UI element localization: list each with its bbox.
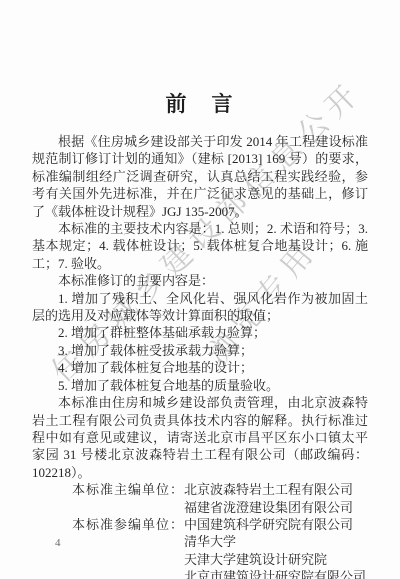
org-name: 北京市建筑设计研究院有限公司 [184, 568, 368, 579]
paragraph-main-contents: 本标准的主要技术内容是：1. 总则；2. 术语和符号；3. 基本规定；4. 载体… [32, 220, 368, 272]
org-name: 天津大学建筑设计研究院 [184, 551, 368, 568]
org-name: 北京波森特岩土工程有限公司 [184, 481, 368, 498]
revision-item: 3. 增加了载体桩受拔承载力验算； [32, 342, 368, 359]
page-number: 4 [55, 537, 61, 549]
chief-editor-orgs: 北京波森特岩土工程有限公司 福建省泷澄建设集团有限公司 [184, 481, 368, 516]
participating-editor-label: 本标准参编单位： [72, 516, 184, 533]
paragraph-basis: 根据《住房城乡建设部关于印发 2014 年工程建设标准规范制订修订计划的通知》（… [32, 133, 368, 220]
revision-item: 5. 增加了载体桩复合地基的质量验收。 [32, 377, 368, 394]
paragraph-revision-intro: 本标准修订的主要内容是： [32, 272, 368, 289]
revision-item-list: 1. 增加了残积土、全风化岩、强风化岩作为被加固土层的选用及对应载体等效计算面积… [32, 290, 368, 394]
revision-item: 1. 增加了残积土、全风化岩、强风化岩作为被加固土层的选用及对应载体等效计算面积… [32, 290, 368, 325]
chief-editor-label: 本标准主编单位： [72, 481, 184, 498]
paragraph-administration: 本标准由住房和城乡建设部负责管理，由北京波森特岩土工程有限公司负责具体技术内容的… [32, 394, 368, 481]
chief-editor-block: 本标准主编单位： 北京波森特岩土工程有限公司 福建省泷澄建设集团有限公司 [72, 481, 368, 516]
revision-item: 4. 增加了载体桩复合地基的设计； [32, 359, 368, 376]
page-title: 前 言 [32, 88, 368, 118]
participating-editor-block: 本标准参编单位： 中国建筑科学研究院有限公司 清华大学 天津大学建筑设计研究院 … [72, 516, 368, 579]
page-content: 前 言 根据《住房城乡建设部关于印发 2014 年工程建设标准规范制订修订计划的… [0, 0, 400, 579]
org-name: 福建省泷澄建设集团有限公司 [184, 499, 368, 516]
revision-item: 2. 增加了群桩整体基础承载力验算； [32, 324, 368, 341]
org-name: 中国建筑科学研究院有限公司 [184, 516, 368, 533]
document-page: 住房城乡建设部信息公开 浏览专用 前 言 根据《住房城乡建设部关于印发 2014… [0, 0, 400, 579]
org-name: 清华大学 [184, 533, 368, 550]
participating-editor-orgs: 中国建筑科学研究院有限公司 清华大学 天津大学建筑设计研究院 北京市建筑设计研究… [184, 516, 368, 579]
